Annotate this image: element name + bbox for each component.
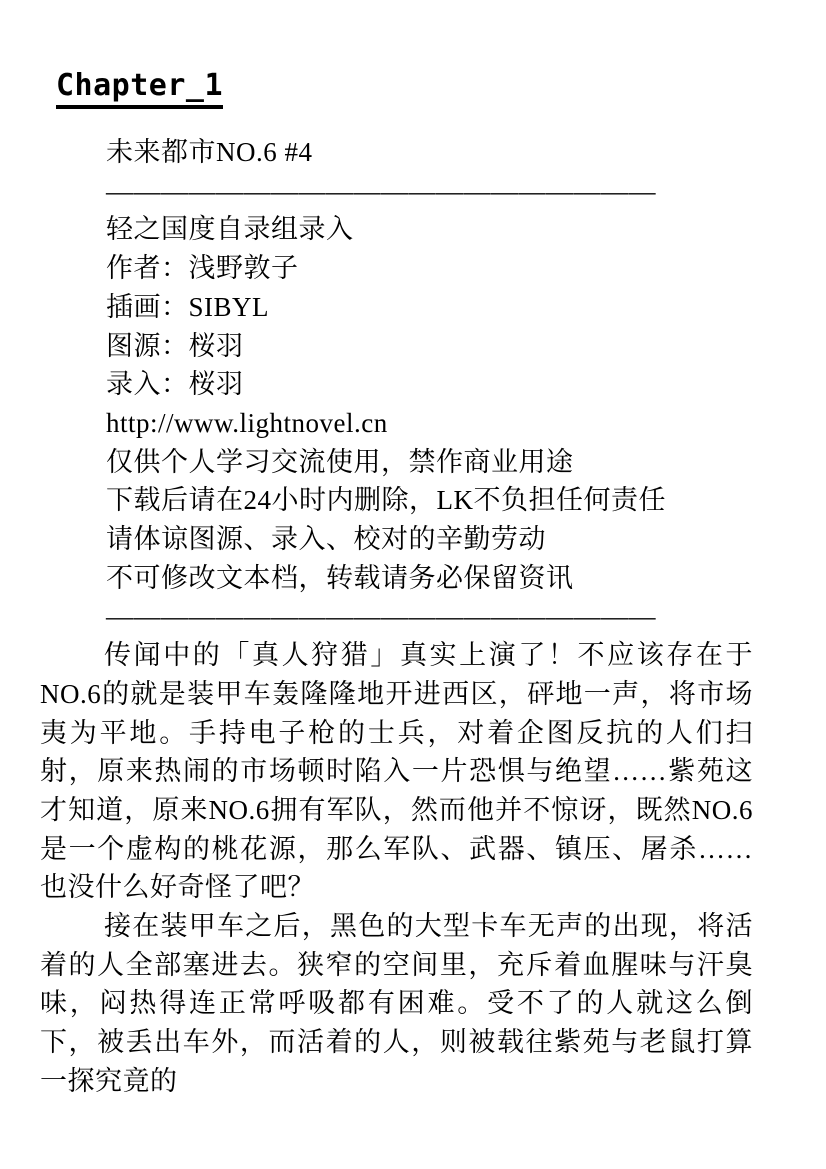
story-paragraph: 接在装甲车之后，黑色的大型卡车无声的出现，将活着的人全部塞进去。狭窄的空间里，充…	[40, 907, 753, 1101]
credits-text-line: 仅供个人学习交流使用，禁作商业用途	[40, 443, 753, 482]
credits-text-line: 轻之国度自录组录入	[40, 210, 753, 249]
credits-text-line: 作者：浅野敦子	[40, 249, 753, 288]
credits-block: 未来都市NO.6 #4————————————————————轻之国度自录组录入…	[40, 133, 753, 636]
chapter-heading: Chapter_1	[56, 70, 223, 102]
story-body: 传闻中的「真人狩猎」真实上演了！不应该存在于NO.6的就是装甲车轰隆隆地开进西区…	[40, 636, 753, 1100]
credits-text-line: ————————————————————	[40, 597, 753, 636]
credits-text-line: 录入：桜羽	[40, 365, 753, 404]
credits-text-line: 插画：SIBYL	[40, 288, 753, 327]
credits-text-line: 未来都市NO.6 #4	[40, 133, 753, 172]
story-paragraph: 传闻中的「真人狩猎」真实上演了！不应该存在于NO.6的就是装甲车轰隆隆地开进西区…	[40, 636, 753, 907]
credits-text-line: 请体谅图源、录入、校对的辛勤劳动	[40, 520, 753, 559]
credits-text-line: ————————————————————	[40, 172, 753, 211]
credits-text-line: 不可修改文本档，转载请务必保留资讯	[40, 559, 753, 598]
text-content: 未来都市NO.6 #4————————————————————轻之国度自录组录入…	[40, 133, 753, 1101]
chapter-heading-text: Chapter_1	[56, 68, 223, 109]
credits-text-line: http://www.lightnovel.cn	[40, 404, 753, 443]
document-page: Chapter_1 未来都市NO.6 #4———————————————————…	[0, 0, 826, 1169]
credits-text-line: 下载后请在24小时内删除，LK不负担任何责任	[40, 481, 753, 520]
credits-text-line: 图源：桜羽	[40, 327, 753, 366]
